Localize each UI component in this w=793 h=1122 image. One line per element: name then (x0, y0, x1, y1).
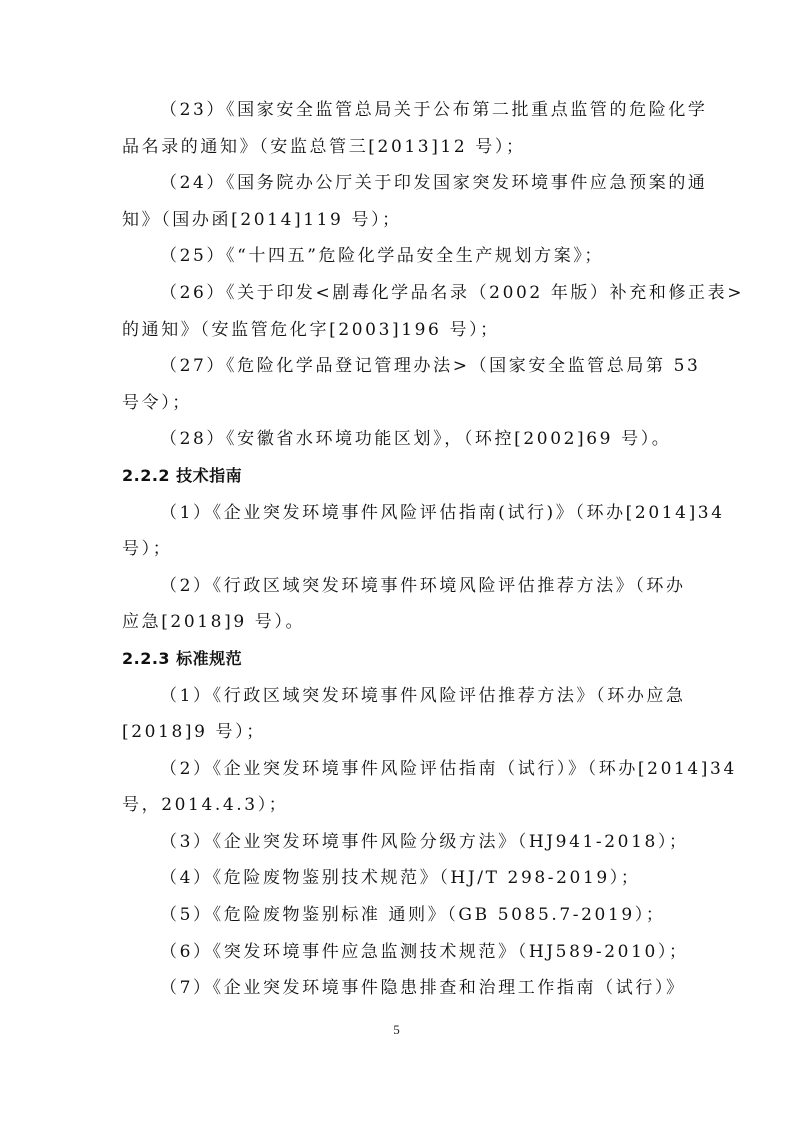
standard-item-3: （3）《企业突发环境事件风险分级方法》（HJ941-2018）； (122, 824, 674, 861)
regulation-item-24-line-2: 知》（国办函[2014]119 号）； (122, 202, 674, 239)
guideline-item-1-line-1: （1）《企业突发环境事件风险评估指南(试行)》（环办[2014]34 (122, 495, 674, 532)
guideline-item-2-line-1: （2）《行政区域突发环境事件环境风险评估推荐方法》（环办 (122, 568, 674, 605)
regulation-item-26-line-1: （26）《关于印发<剧毒化学品名录（2002 年版）补充和修正表> (122, 275, 674, 312)
section-heading-standards: 2.2.3 标准规范 (122, 641, 674, 678)
standard-item-5: （5）《危险废物鉴别标准 通则》（GB 5085.7-2019）； (122, 897, 674, 934)
regulation-item-27-line-2: 号令）； (122, 385, 674, 422)
standard-item-2-line-1: （2）《企业突发环境事件风险评估指南（试行）》（环办[2014]34 (122, 751, 674, 788)
standard-item-7: （7）《企业突发环境事件隐患排查和治理工作指南（试行）》 (122, 970, 674, 1007)
guideline-item-2-line-2: 应急[2018]9 号）。 (122, 604, 674, 641)
standard-item-6: （6）《突发环境事件应急监测技术规范》（HJ589-2010）； (122, 934, 674, 971)
document-page: （23）《国家安全监管总局关于公布第二批重点监管的危险化学 品名录的通知》（安监… (0, 0, 793, 1122)
regulation-item-28: （28）《安徽省水环境功能区划》，（环控[2002]69 号）。 (122, 421, 674, 458)
page-number: 5 (0, 1022, 793, 1038)
regulation-item-23-line-2: 品名录的通知》（安监总管三[2013]12 号）； (122, 129, 674, 166)
regulation-item-26-line-2: 的通知》（安监管危化字[2003]196 号）； (122, 312, 674, 349)
regulation-item-23-line-1: （23）《国家安全监管总局关于公布第二批重点监管的危险化学 (122, 92, 674, 129)
standard-item-1-line-2: [2018]9 号）； (122, 714, 674, 751)
standard-item-4: （4）《危险废物鉴别技术规范》（HJ/T 298-2019）； (122, 860, 674, 897)
standard-item-2-line-2: 号，2014.4.3）； (122, 787, 674, 824)
regulation-item-24-line-1: （24）《国务院办公厅关于印发国家突发环境事件应急预案的通 (122, 165, 674, 202)
regulation-item-27-line-1: （27）《危险化学品登记管理办法>（国家安全监管总局第 53 (122, 348, 674, 385)
section-heading-technical-guidelines: 2.2.2 技术指南 (122, 458, 674, 495)
regulation-item-25: （25）《“十四五”危险化学品安全生产规划方案》； (122, 238, 674, 275)
page-content: （23）《国家安全监管总局关于公布第二批重点监管的危险化学 品名录的通知》（安监… (122, 92, 674, 1007)
standard-item-1-line-1: （1）《行政区域突发环境事件风险评估推荐方法》（环办应急 (122, 678, 674, 715)
guideline-item-1-line-2: 号）； (122, 531, 674, 568)
